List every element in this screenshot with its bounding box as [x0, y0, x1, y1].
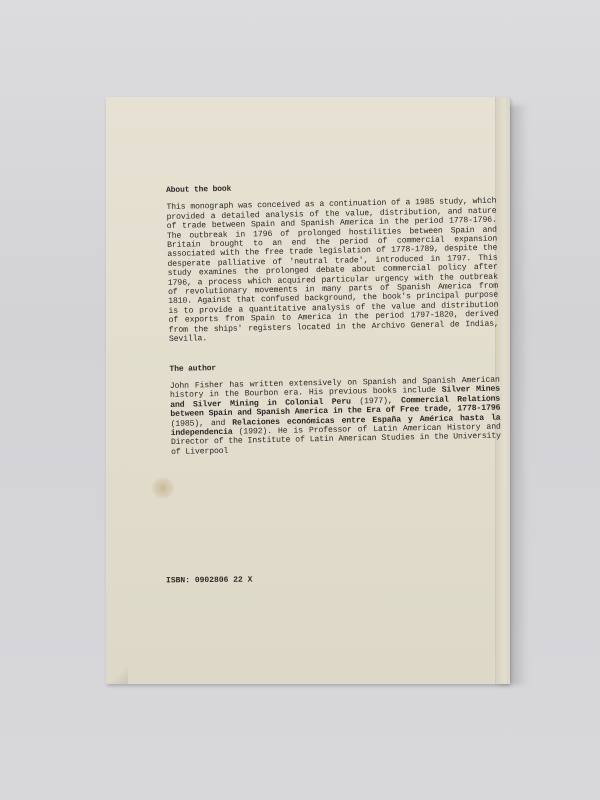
corner-wear — [106, 666, 128, 684]
back-cover-text: About the book This monograph was concei… — [166, 180, 501, 457]
isbn-label: ISBN: 0902806 22 X — [166, 576, 252, 586]
cover-stain — [152, 478, 174, 498]
about-paragraph: This monograph was conceived as a contin… — [166, 197, 499, 344]
author-paragraph: John Fisher has written extensively on S… — [170, 376, 501, 458]
